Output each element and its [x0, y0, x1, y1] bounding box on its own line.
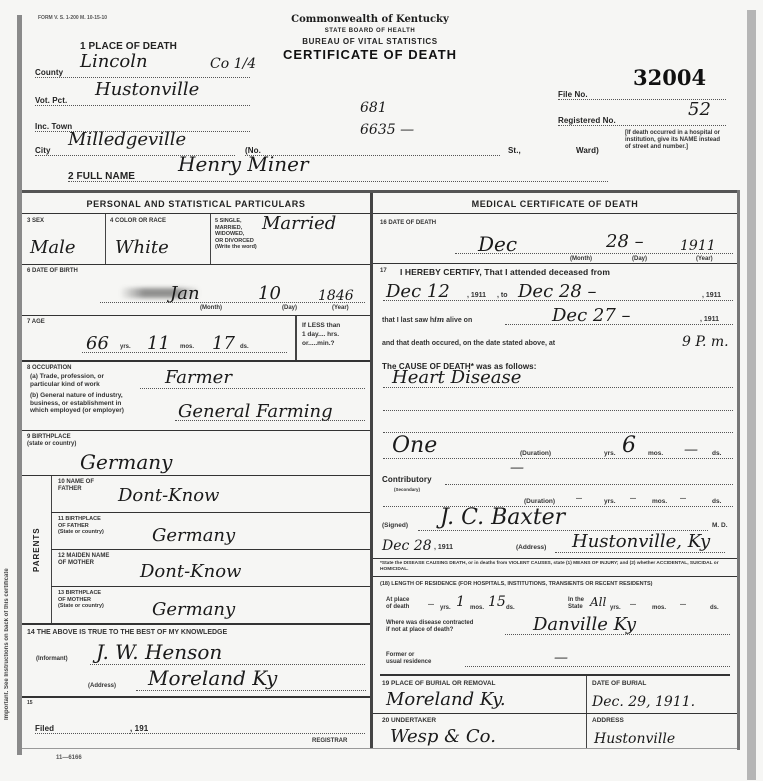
personal-section-title: PERSONAL AND STATISTICAL PARTICULARS	[22, 199, 370, 209]
dob-month-caption: (Month)	[200, 305, 222, 312]
occupation-label: 8 OCCUPATION	[27, 365, 71, 372]
undertaker-address-value: Hustonville	[594, 731, 675, 747]
informant-label: (Informant)	[36, 656, 68, 663]
full-name-value: Henry Miner	[178, 154, 309, 174]
right-edge-shadow	[747, 10, 756, 780]
duration-line	[383, 458, 733, 459]
board-title: STATE BOARD OF HEALTH	[260, 28, 480, 34]
registered-no-value: 52	[688, 100, 711, 120]
age-line	[82, 352, 287, 353]
dod-label: 16 DATE OF DEATH	[380, 220, 436, 227]
left-binding-bar	[17, 15, 22, 755]
occupation-a-value: Farmer	[165, 368, 232, 388]
duration-label: (Duration)	[520, 450, 551, 457]
contributory-value: —	[510, 460, 524, 476]
death-certificate-scan: Important. See Instructions on back of t…	[0, 0, 763, 781]
dob-day: 10	[258, 284, 281, 304]
former-residence-value: —	[554, 650, 568, 666]
father-name-value: Dont-Know	[118, 486, 219, 506]
birthplace-value: Germany	[80, 452, 172, 472]
signed-address-label: (Address)	[516, 544, 546, 551]
signed-value: J. C. Baxter	[440, 508, 565, 528]
in-state-mos-label: mos.	[652, 605, 666, 612]
duration-mos-value: 6	[622, 436, 636, 456]
father-birthplace-label: 11 BIRTHPLACE OF FATHER (State or countr…	[58, 516, 104, 536]
marital-status-value: Married	[262, 214, 336, 234]
contributory-line	[445, 484, 733, 485]
rule	[373, 263, 737, 264]
burial-date-label: DATE OF BURIAL	[592, 680, 646, 687]
informant-address-label: (Address)	[88, 683, 116, 690]
informant-line	[90, 664, 365, 665]
rule	[380, 674, 730, 676]
contrib-ds: —	[680, 496, 686, 503]
duration-value: One	[392, 436, 437, 456]
certificate-title: CERTIFICATE OF DEATH	[260, 47, 480, 62]
in-state-yrs-label: yrs.	[610, 605, 621, 612]
in-state-yrs: All	[590, 594, 606, 610]
inner-right-border	[737, 190, 740, 750]
undertaker-label: 20 UNDERTAKER	[382, 717, 436, 724]
rule	[210, 214, 211, 264]
county-value: Lincoln	[80, 52, 148, 72]
rule	[373, 713, 737, 714]
occupation-b-value: General Farming	[178, 402, 333, 422]
mother-birthplace-value: Germany	[152, 600, 235, 620]
dod-year: 1911	[680, 238, 716, 254]
burial-place-label: 19 PLACE OF BURIAL OR REMOVAL	[382, 680, 496, 687]
contrib-mos: —	[630, 496, 636, 503]
at-place-mos-label: mos.	[470, 605, 484, 612]
less-than-day-label: If LESS than 1 day.... hrs. or.....min.?	[302, 321, 340, 348]
column-divider	[370, 193, 373, 748]
rule	[373, 558, 737, 559]
place-of-death-label: 1 PLACE OF DEATH	[80, 42, 177, 51]
rule	[373, 576, 737, 577]
at-place-ds: 15	[488, 594, 506, 610]
parents-side-label: PARENTS	[32, 510, 41, 590]
cause-footnote: *State the DISEASE CAUSING DEATH, or in …	[380, 561, 730, 573]
age-label: 7 AGE	[27, 319, 45, 326]
dod-year-caption: (Year)	[696, 256, 713, 263]
city-value: Milledgeville	[68, 130, 186, 150]
certificate-header: Commonwealth of Kentucky STATE BOARD OF …	[260, 14, 480, 62]
father-name-label: 10 NAME OF FATHER	[58, 479, 94, 493]
registrar-label: REGISTRAR	[312, 738, 347, 745]
attended-to: Dec 28 –	[518, 282, 597, 302]
rule	[586, 676, 587, 748]
duration-mos-label: mos.	[648, 450, 663, 457]
last-saw-text: that I last saw him alive on	[382, 316, 472, 324]
undertaker-value: Wesp & Co.	[390, 727, 496, 747]
county-annotation: Co 1/4	[210, 56, 256, 72]
contrib-yrs: —	[576, 496, 582, 503]
rule	[295, 316, 297, 360]
at-place-yrs: —	[428, 602, 434, 609]
residence-label: (18) LENGTH OF RESIDENCE (FOR HOSPITALS,…	[380, 581, 735, 588]
form-code: FORM V. S. 1-200 M. 10-15-10	[38, 15, 107, 22]
attended-from: Dec 12	[386, 282, 450, 302]
margin-number-2: 6635 —	[360, 122, 414, 138]
rule	[22, 360, 370, 362]
occupation-a-label: (a) Trade, profession, or particular kin…	[30, 373, 104, 388]
filing-number: 15	[27, 700, 33, 707]
certify-text: I HEREBY CERTIFY, That I attended deceas…	[400, 268, 610, 277]
dod-day: 28 –	[606, 232, 644, 252]
filed-year-field: , 191	[130, 724, 365, 734]
in-state-ds: —	[680, 602, 686, 609]
signed-address-line	[555, 552, 725, 553]
age-yrs-unit: yrs.	[120, 344, 131, 351]
age-months: 11	[147, 334, 170, 354]
rule	[22, 623, 370, 625]
dod-day-caption: (Day)	[632, 256, 647, 263]
rule	[22, 315, 370, 316]
last-saw-year: , 1911	[700, 316, 719, 323]
undertaker-address-label: ADDRESS	[592, 717, 624, 724]
sex-value: Male	[30, 238, 76, 258]
father-birthplace-value: Germany	[152, 526, 235, 546]
dob-month: Jan	[170, 284, 200, 304]
contributory-label: Contributory	[382, 475, 432, 484]
occupation-a-line	[140, 388, 365, 389]
margin-instructions-note: Important. See Instructions on back of t…	[4, 560, 11, 720]
at-place-mos: 1	[456, 594, 465, 610]
rule	[51, 476, 52, 624]
medical-section-title: MEDICAL CERTIFICATE OF DEATH	[373, 199, 737, 209]
burial-date-value: Dec. 29, 1911.	[592, 694, 695, 710]
bureau-title: BUREAU OF VITAL STATISTICS	[260, 37, 480, 46]
contracted-value: Danville Ky	[533, 615, 636, 635]
duration-ds-value: —	[684, 442, 698, 458]
dob-label: 6 DATE OF BIRTH	[27, 268, 78, 275]
sex-label: 3 SEX	[27, 218, 44, 225]
age-mos-unit: mos.	[180, 344, 194, 351]
rule	[51, 549, 370, 550]
marital-status-label: 5 SINGLE, MARRIED, WIDOWED, OR DIVORCED …	[215, 218, 257, 251]
filed-field: Filed	[35, 724, 130, 734]
attended-to-label: , to	[497, 292, 508, 299]
footer-code: 11—6166	[56, 755, 82, 762]
at-place-label: At place of death	[386, 597, 409, 611]
occupation-b-label: (b) General nature of industry, business…	[30, 392, 124, 415]
informant-address-line	[136, 690, 366, 691]
at-place-yrs-label: yrs.	[440, 605, 451, 612]
death-occurred-text: and that death occured, on the date stat…	[382, 340, 555, 347]
race-label: 4 COLOR OR RACE	[110, 218, 166, 225]
signed-address-value: Hustonville, Ky	[572, 532, 710, 552]
vot-pct-value: Hustonville	[95, 80, 199, 100]
rule	[22, 696, 370, 698]
top-rule	[22, 190, 737, 193]
informant-statement: 14 THE ABOVE IS TRUE TO THE BEST OF MY K…	[27, 629, 227, 636]
rule	[22, 264, 370, 265]
signed-year: , 1911	[434, 544, 453, 551]
cause-value: Heart Disease	[392, 368, 521, 388]
street-label: St.,	[508, 146, 521, 155]
rule	[373, 213, 737, 214]
hospital-note: [If death occurred in a hospital or inst…	[625, 130, 725, 151]
md-label: M. D.	[712, 522, 728, 529]
duration-yrs-label: yrs.	[604, 450, 616, 457]
dob-year-caption: (Year)	[332, 305, 349, 312]
age-ds-unit: ds.	[240, 344, 249, 351]
informant-address-value: Moreland Ky	[148, 668, 277, 688]
full-name-field: 2 FULL NAME	[68, 172, 608, 182]
age-years: 66	[86, 334, 109, 354]
death-time: 9 P. m.	[682, 334, 729, 350]
former-residence-line	[465, 666, 730, 667]
attended-from-year: , 1911	[467, 292, 486, 299]
contrib-mos-label: mos.	[652, 498, 667, 505]
rule	[22, 430, 370, 431]
in-state-ds-label: ds.	[710, 605, 719, 612]
contrib-yrs-label: yrs.	[604, 498, 616, 505]
birthplace-label: 9 BIRTHPLACE (state or country)	[27, 434, 76, 448]
attended-to-year: , 1911	[702, 292, 721, 299]
rule	[51, 512, 370, 513]
ward-label: Ward)	[576, 146, 599, 155]
contrib-ds-label: ds.	[712, 498, 721, 505]
rule	[22, 748, 737, 749]
rule	[22, 475, 370, 476]
contracted-label: Where was disease contracted if not at p…	[386, 620, 473, 634]
dod-month: Dec	[478, 234, 517, 254]
contributory-sub-label: (Secondary)	[394, 486, 420, 493]
duration-ds-label: ds.	[712, 450, 721, 457]
mother-birthplace-label: 13 BIRTHPLACE OF MOTHER (State or countr…	[58, 590, 104, 610]
cause-line-2	[383, 410, 733, 411]
age-days: 17	[212, 334, 235, 354]
in-state-label: In the State	[568, 597, 584, 611]
mother-name-value: Dont-Know	[140, 562, 241, 582]
file-number: 32004	[633, 65, 706, 90]
last-saw-date: Dec 27 –	[552, 306, 631, 326]
dob-year: 1846	[318, 288, 354, 304]
dob-day-caption: (Day)	[282, 305, 297, 312]
rule	[51, 586, 370, 587]
mother-name-label: 12 MAIDEN NAME OF MOTHER	[58, 553, 109, 567]
burial-place-value: Moreland Ky.	[386, 690, 506, 710]
signed-date: Dec 28	[382, 538, 432, 554]
former-residence-label: Former or usual residence	[386, 652, 431, 666]
commonwealth-title: Commonwealth of Kentucky	[260, 14, 480, 25]
contrib-duration-label: (Duration)	[524, 498, 555, 505]
at-place-ds-label: ds.	[506, 605, 515, 612]
race-value: White	[115, 238, 169, 258]
certify-number: 17	[380, 268, 387, 275]
in-state-mos: —	[630, 602, 636, 609]
signed-label: (Signed)	[382, 522, 408, 529]
informant-value: J. W. Henson	[96, 642, 222, 662]
margin-number-1: 681	[360, 100, 387, 116]
dod-month-caption: (Month)	[570, 256, 592, 263]
rule	[105, 214, 106, 264]
